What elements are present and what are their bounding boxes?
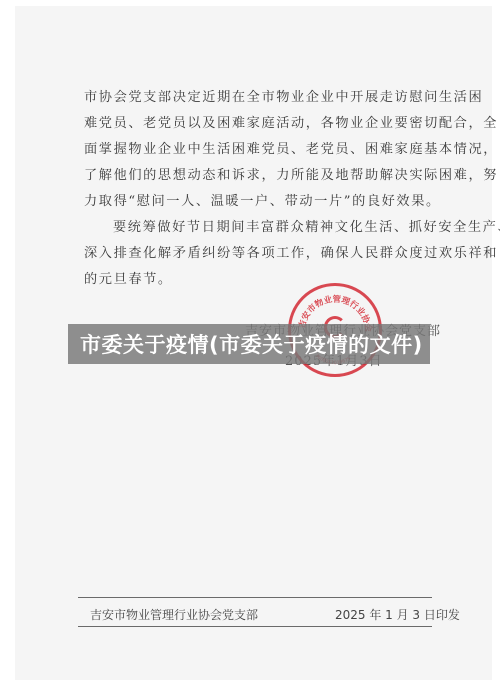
footer-top-rule — [78, 597, 432, 598]
text-line: 力取得“慰问一人、温暖一户、带动一片”的良好效果。 — [84, 189, 450, 215]
text-line: 深入排查化解矛盾纠纷等各项工作，确保人民群众度过欢乐祥和 — [84, 241, 450, 267]
paragraph-1: 市协会党支部决定近期在全市物业企业中开展走访慰问生活困 难党员、老党员以及困难家… — [84, 85, 450, 215]
text-line: 的元旦春节。 — [84, 267, 450, 293]
footer-issuer: 吉安市物业管理行业协会党支部 — [90, 606, 258, 623]
text-line: 市协会党支部决定近期在全市物业企业中开展走访慰问生活困 — [84, 85, 450, 111]
footer-bottom-rule — [78, 626, 432, 627]
text-line: 要统筹做好节日期间丰富群众精神文化生活、抓好安全生产、 — [84, 215, 450, 241]
overlay-title: 市委关于疫情(市委关于疫情的文件) — [80, 329, 423, 359]
text-line: 难党员、老党员以及困难家庭活动，各物业企业要密切配合，全 — [84, 111, 450, 137]
title-overlay-banner: 市委关于疫情(市委关于疫情的文件) — [68, 324, 430, 364]
footer-issue-date: 2025 年 1 月 3 日印发 — [335, 606, 460, 623]
text-line: 了解他们的思想动态和诉求，力所能及地帮助解决实际困难，努 — [84, 163, 450, 189]
paragraph-2: 要统筹做好节日期间丰富群众精神文化生活、抓好安全生产、 深入排查化解矛盾纠纷等各… — [84, 215, 450, 293]
text-line: 面掌握物业企业中生活困难党员、老党员、困难家庭基本情况， — [84, 137, 450, 163]
